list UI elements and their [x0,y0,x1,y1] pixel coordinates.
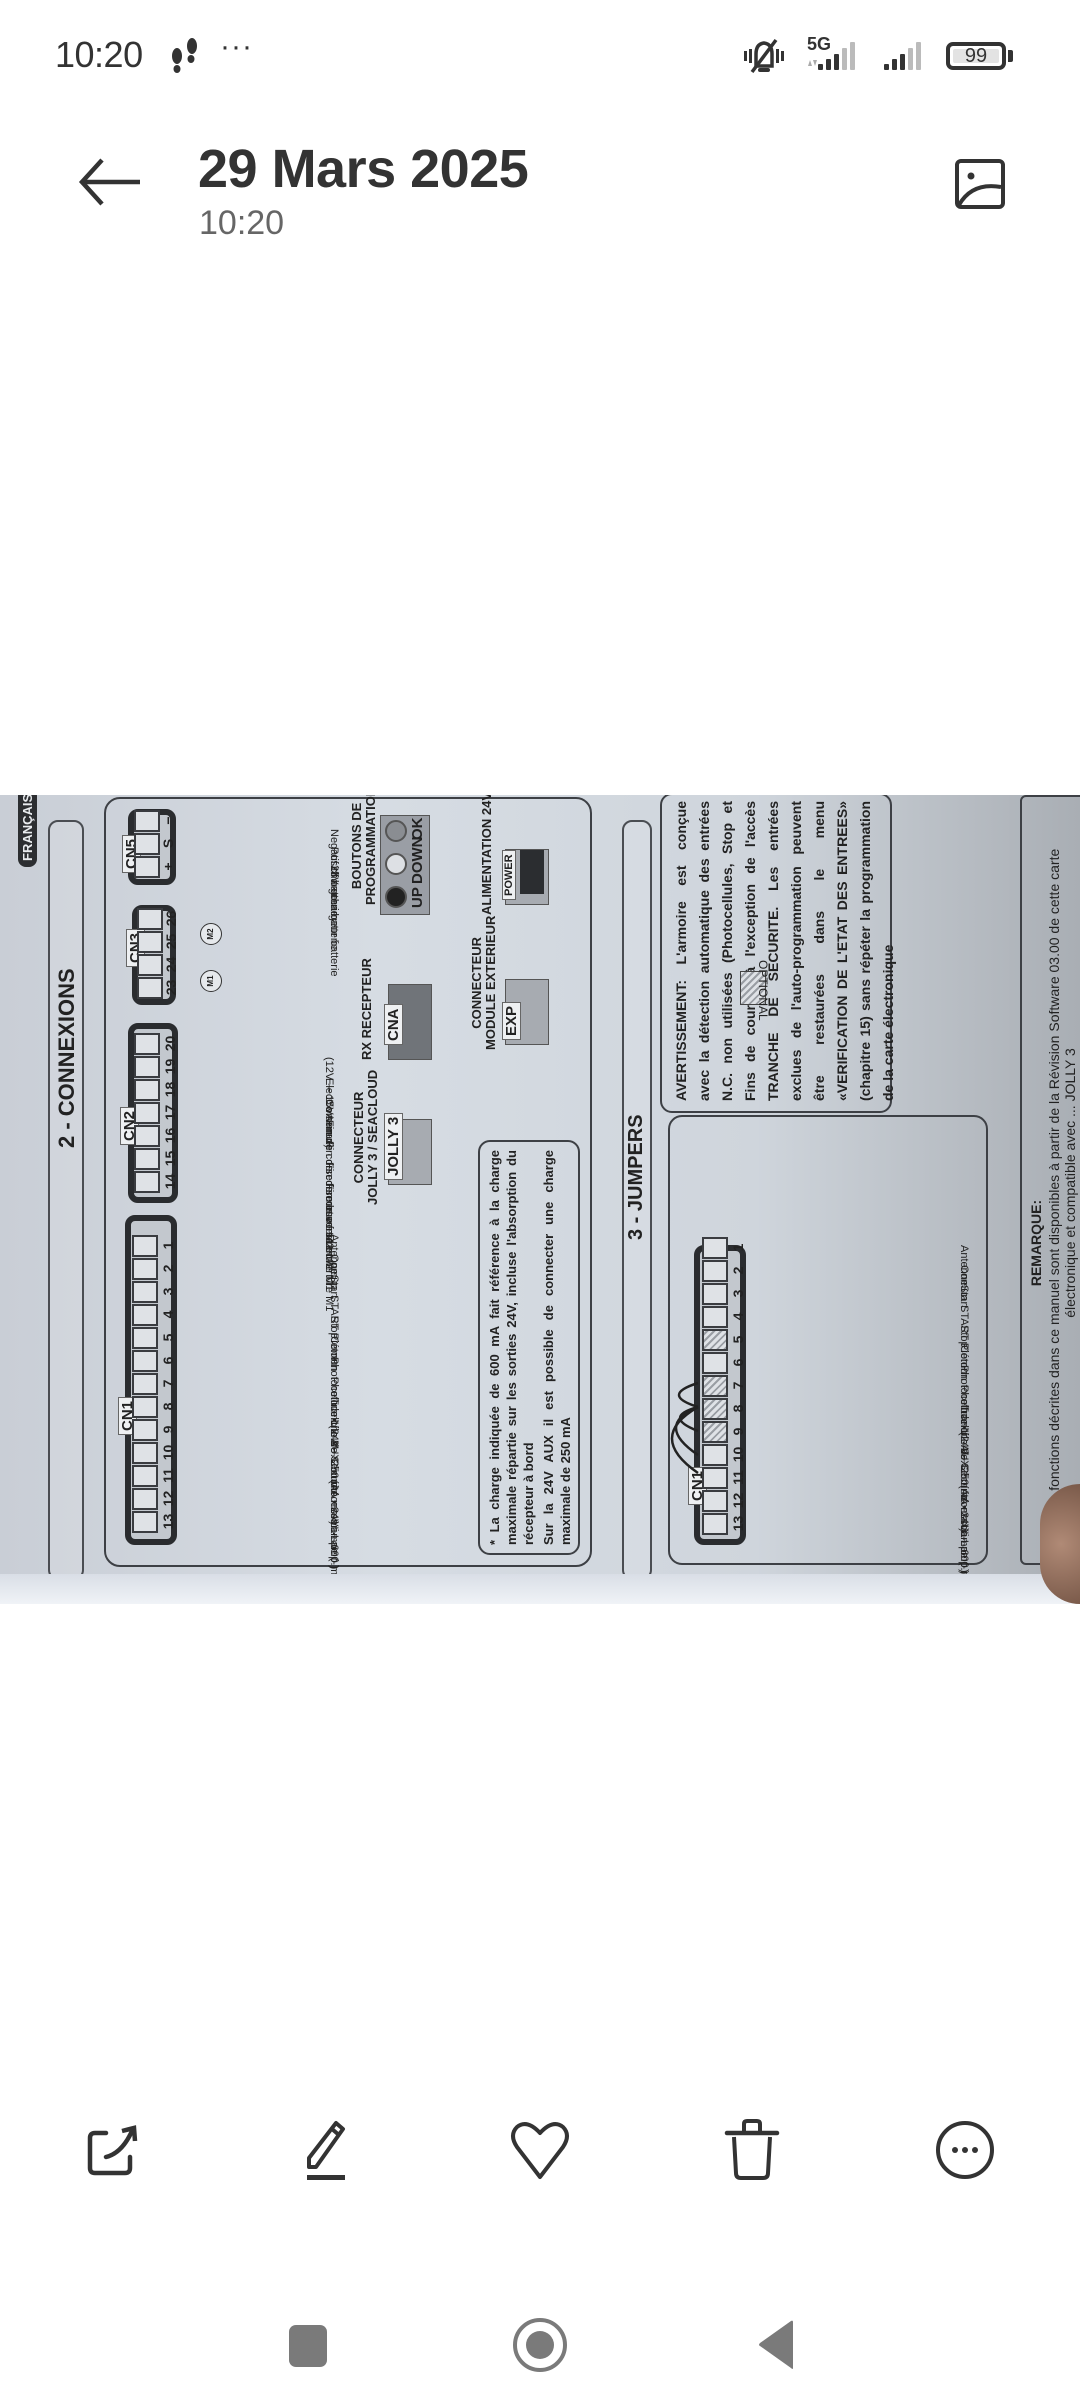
motor-m2: M2 [200,923,222,945]
terminal-pin [132,1419,158,1441]
pin-number: 13 [160,1510,176,1533]
terminal-pin [132,1442,158,1464]
terminal-pin [134,1148,160,1170]
pin-number: 17 [162,1101,178,1124]
pin-number: 7 [730,1374,746,1397]
terminal-pin [132,1304,158,1326]
pin-number: 1 [160,1234,176,1257]
signal-5g-icon [806,40,870,72]
pin-number: 18 [162,1078,178,1101]
cn2-pins [134,1032,160,1193]
remark-title: REMARQUE: [1028,923,1044,1563]
optional-label: OPTIONAL [756,960,770,1021]
rx-label: CNA [384,1005,403,1046]
cn5-pins [134,809,160,878]
pencil-icon [291,2113,365,2187]
pin-number: 2 [160,1257,176,1280]
up-label: UP [411,887,425,908]
power-label: POWER [502,850,516,900]
edit-button[interactable] [291,2113,365,2187]
share-button[interactable] [76,2113,150,2187]
pin-number: 20 [162,1032,178,1055]
terminal-pin [702,1260,728,1282]
pin-number: 3 [730,1282,746,1305]
share-icon [76,2113,150,2187]
photo-edge [0,1574,1080,1604]
warning-text: AVERTISSEMENT: L'armoire est conçue avec… [670,801,900,1101]
down-label: DOWN [411,837,425,885]
cn5-pin-numbers: +S− [160,809,176,878]
up-button-icon [385,886,407,908]
terminal-pin [702,1306,728,1328]
terminal-pin [132,1235,158,1257]
terminal-pin [702,1283,728,1305]
battery-tip [1008,50,1013,62]
pin-number: + [160,855,176,878]
photo-view[interactable]: FRANÇAIS 2 - CONNEXIONS CN1 131211109876… [0,795,1080,1604]
language-badge: FRANÇAIS [18,795,37,867]
pin-number: 23 [163,976,179,999]
terminal-pin [137,977,163,999]
terminal-pin [702,1375,728,1397]
terminal-pin [134,1033,160,1055]
status-bar: 10:20 ··· 5G 99 [0,0,1080,110]
vibrate-mute-icon [742,36,786,76]
pin-number: 9 [160,1418,176,1441]
nav-back-button[interactable] [735,2300,815,2390]
terminal-pin [134,1125,160,1147]
section-2-title: 2 - CONNEXIONS [54,968,80,1148]
cn3-pin-numbers: 23242526 [163,907,179,999]
viewer-header: 29 Mars 2025 10:20 [0,110,1080,270]
terminal-pin [132,1465,158,1487]
arrow-left-icon [70,132,150,212]
more-icon [928,2113,1002,2187]
terminal-pin [132,1327,158,1349]
pin-number: 13 [730,1512,746,1535]
ok-label: OK [411,818,425,841]
jolly-title: CONNECTEUR JOLLY 3 / SEACLOUD [352,1070,380,1205]
terminal-pin [702,1444,728,1466]
trash-icon [715,2113,789,2187]
terminal-pin [132,1488,158,1510]
pin-number: 12 [160,1487,176,1510]
terminal-pin [137,931,163,953]
terminal-pin [134,1171,160,1193]
warning-box: AVERTISSEMENT: L'armoire est conçue avec… [660,795,892,1113]
terminal-pin [134,833,160,855]
ok-button-icon [385,820,407,842]
battery-level: 99 [953,49,999,63]
pin-number: 24 [163,953,179,976]
square-icon [268,2300,348,2390]
more-button[interactable] [928,2113,1002,2187]
terminal-pin [134,856,160,878]
pin-number: 12 [730,1489,746,1512]
terminal-pin [702,1237,728,1259]
signal-icon [882,40,936,72]
section-3-header: 3 - JUMPERS [622,820,652,1580]
pin-number: 10 [730,1443,746,1466]
exp-title: CONNECTEUR MODULE EXTERIEUR [470,916,498,1050]
cn3-pins [137,907,163,999]
pin-number: 19 [162,1055,178,1078]
power-title: ALIMENTATION 24V [480,795,494,915]
photo-actions-toolbar [0,2095,1080,2205]
charge-note-p2: Sur la 24V AUX il est possible de connec… [540,1150,574,1545]
pin-number: 2 [730,1259,746,1282]
wire-label: Negatif chargeur batterie [328,829,340,950]
terminal-pin [134,1056,160,1078]
home-circle-icon [500,2300,580,2390]
pin-number: 16 [162,1124,178,1147]
rx-title: RX RECEPTEUR [360,958,374,1060]
terminal-pin [702,1467,728,1489]
cn1-pin-numbers: 13121110987654321 [160,1234,176,1533]
terminal-pin [137,908,163,930]
jolly-label: JOLLY 3 [384,1113,403,1180]
pin-number: 9 [730,1420,746,1443]
home-button[interactable] [500,2300,580,2390]
jumper-wires-icon [660,1335,700,1475]
terminal-pin [137,954,163,976]
battery-icon: 99 [946,42,1006,70]
charge-note-box: * La charge indiquée de 600 mA fait réfé… [478,1140,580,1555]
more-notifications-icon: ··· [220,30,253,64]
pin-number: 15 [162,1147,178,1170]
photo-date-title: 29 Mars 2025 [198,138,528,200]
wire-label: START Piéton [958,1305,970,1374]
pin-number: 6 [730,1351,746,1374]
pin-number: 5 [730,1328,746,1351]
pin-number: 25 [163,930,179,953]
pin-number: 1 [730,1236,746,1259]
pin-number: − [160,809,176,832]
finger-in-photo [1040,1484,1080,1604]
pin-number: S [160,832,176,855]
footsteps-icon [168,36,202,76]
jumpers-cn1-pins [702,1236,728,1535]
wire-label: (12V ⎓ 15VA max) [322,1057,335,1148]
remark-box: REMARQUE: Les fonctions décrites dans ce… [1020,795,1080,1565]
pin-number: 4 [730,1305,746,1328]
terminal-pin [132,1373,158,1395]
terminal-pin [132,1258,158,1280]
terminal-pin [132,1511,158,1533]
photo-time-subtitle: 10:20 [199,204,284,243]
heart-icon [503,2113,577,2187]
manual-page: FRANÇAIS 2 - CONNEXIONS CN1 131211109876… [0,795,1080,1604]
pin-number: 10 [160,1441,176,1464]
terminal-pin [702,1490,728,1512]
terminal-pin [132,1350,158,1372]
terminal-pin [132,1396,158,1418]
down-button-icon [385,853,407,875]
terminal-pin [702,1513,728,1535]
triangle-back-icon [735,2300,815,2390]
terminal-pin [702,1352,728,1374]
cn1-pins [132,1234,158,1533]
pin-number: 14 [162,1170,178,1193]
cn2-pin-numbers: 14151617181920 [162,1032,178,1193]
pin-number: 11 [160,1464,176,1487]
system-nav-bar [0,2290,1080,2400]
section-3-title: 3 - JUMPERS [625,1114,648,1240]
terminal-pin [134,1079,160,1101]
jumpers-cn1-pin-numbers: 13121110987654321 [730,1236,746,1535]
prog-title: BOUTONS DE PROGRAMMATION [350,795,378,905]
terminal-pin [132,1281,158,1303]
charge-note-p1: * La charge indiquée de 600 mA fait réfé… [486,1150,537,1545]
pin-number: 26 [163,907,179,930]
pin-number: 8 [730,1397,746,1420]
pin-number: 5 [160,1326,176,1349]
remark-text: Les fonctions décrites dans ce manuel so… [1046,813,1078,1553]
delete-button[interactable] [715,2113,789,2187]
terminal-pin [702,1398,728,1420]
pin-number: 11 [730,1466,746,1489]
terminal-pin [134,810,160,832]
image-info-icon [950,154,1010,214]
section-2-header: 2 - CONNEXIONS [48,820,84,1580]
pin-number: 3 [160,1280,176,1303]
terminal-pin [134,1102,160,1124]
motor-m1: M1 [200,970,222,992]
recents-button[interactable] [268,2300,348,2390]
pin-number: 7 [160,1372,176,1395]
photo-details-button[interactable] [950,154,1010,214]
wire-label: Antenne [958,1245,970,1286]
favorite-button[interactable] [503,2113,577,2187]
pin-number: 6 [160,1349,176,1372]
status-time: 10:20 [55,34,143,76]
terminal-pin [702,1421,728,1443]
pin-number: 4 [160,1303,176,1326]
exp-label: EXP [502,1002,521,1040]
pin-number: 8 [160,1395,176,1418]
prog-buttons-panel: UP DOWN OK [380,815,430,915]
terminal-pin [702,1329,728,1351]
back-button[interactable] [70,132,150,212]
